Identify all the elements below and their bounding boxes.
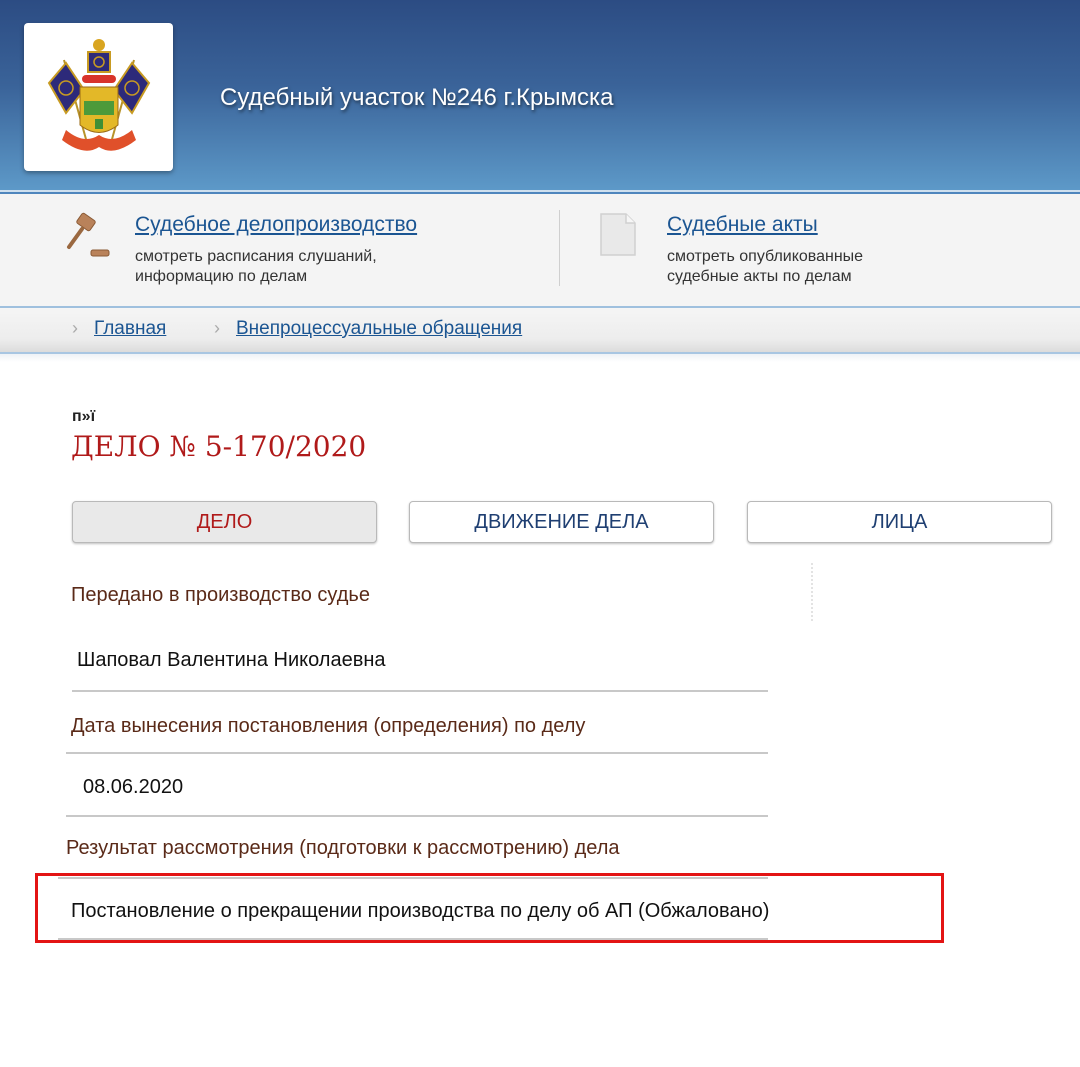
column-divider (811, 563, 813, 621)
breadcrumb-extraprocedural-appeals[interactable]: Внепроцессуальные обращения (236, 318, 522, 340)
coat-of-arms-icon (44, 35, 154, 160)
tab-case-movement[interactable]: ДВИЖЕНИЕ ДЕЛА (409, 501, 714, 543)
nav-desc-line1: смотреть опубликованные (667, 247, 863, 267)
site-header: Судебный участок №246 г.Крымска (0, 0, 1080, 190)
breadcrumb-home[interactable]: Главная (94, 318, 166, 340)
main-nav-panel: Судебное делопроизводство смотреть распи… (0, 194, 1080, 308)
field-divider (72, 690, 768, 692)
gavel-icon[interactable] (64, 212, 112, 260)
tab-parties[interactable]: ЛИЦА (747, 501, 1052, 543)
field-label-result: Результат рассмотрения (подготовки к рас… (66, 837, 620, 860)
site-title: Судебный участок №246 г.Крымска (220, 84, 613, 112)
nav-item-court-proceedings: Судебное делопроизводство смотреть распи… (0, 194, 559, 306)
encoding-artifact-text: п»ї (72, 408, 95, 426)
nav-item-court-acts: Судебные акты смотреть опубликованные су… (560, 194, 1080, 306)
field-divider (66, 815, 768, 817)
field-value-decision-date: 08.06.2020 (83, 776, 183, 799)
result-highlight-box (35, 873, 944, 943)
field-label-decision-date: Дата вынесения постановления (определени… (71, 715, 585, 738)
nav-link-court-acts[interactable]: Судебные акты (667, 213, 818, 237)
field-value-judge: Шаповал Валентина Николаевна (77, 649, 386, 672)
chevron-right-icon: › (214, 318, 220, 339)
document-icon[interactable] (598, 212, 638, 258)
nav-desc-line2: судебные акты по делам (667, 267, 852, 287)
nav-link-court-proceedings[interactable]: Судебное делопроизводство (135, 213, 417, 237)
nav-desc-line2: информацию по делам (135, 267, 307, 287)
field-divider (66, 752, 768, 754)
case-title: ДЕЛО № 5-170/2020 (71, 430, 366, 463)
breadcrumb: › Главная › Внепроцессуальные обращения (0, 308, 1080, 354)
field-label-judge: Передано в производство судье (71, 584, 370, 607)
chevron-right-icon: › (72, 318, 78, 339)
tab-case[interactable]: ДЕЛО (72, 501, 377, 543)
logo[interactable] (24, 23, 173, 171)
breadcrumb-shadow (0, 354, 1080, 362)
nav-desc-line1: смотреть расписания слушаний, (135, 247, 377, 267)
